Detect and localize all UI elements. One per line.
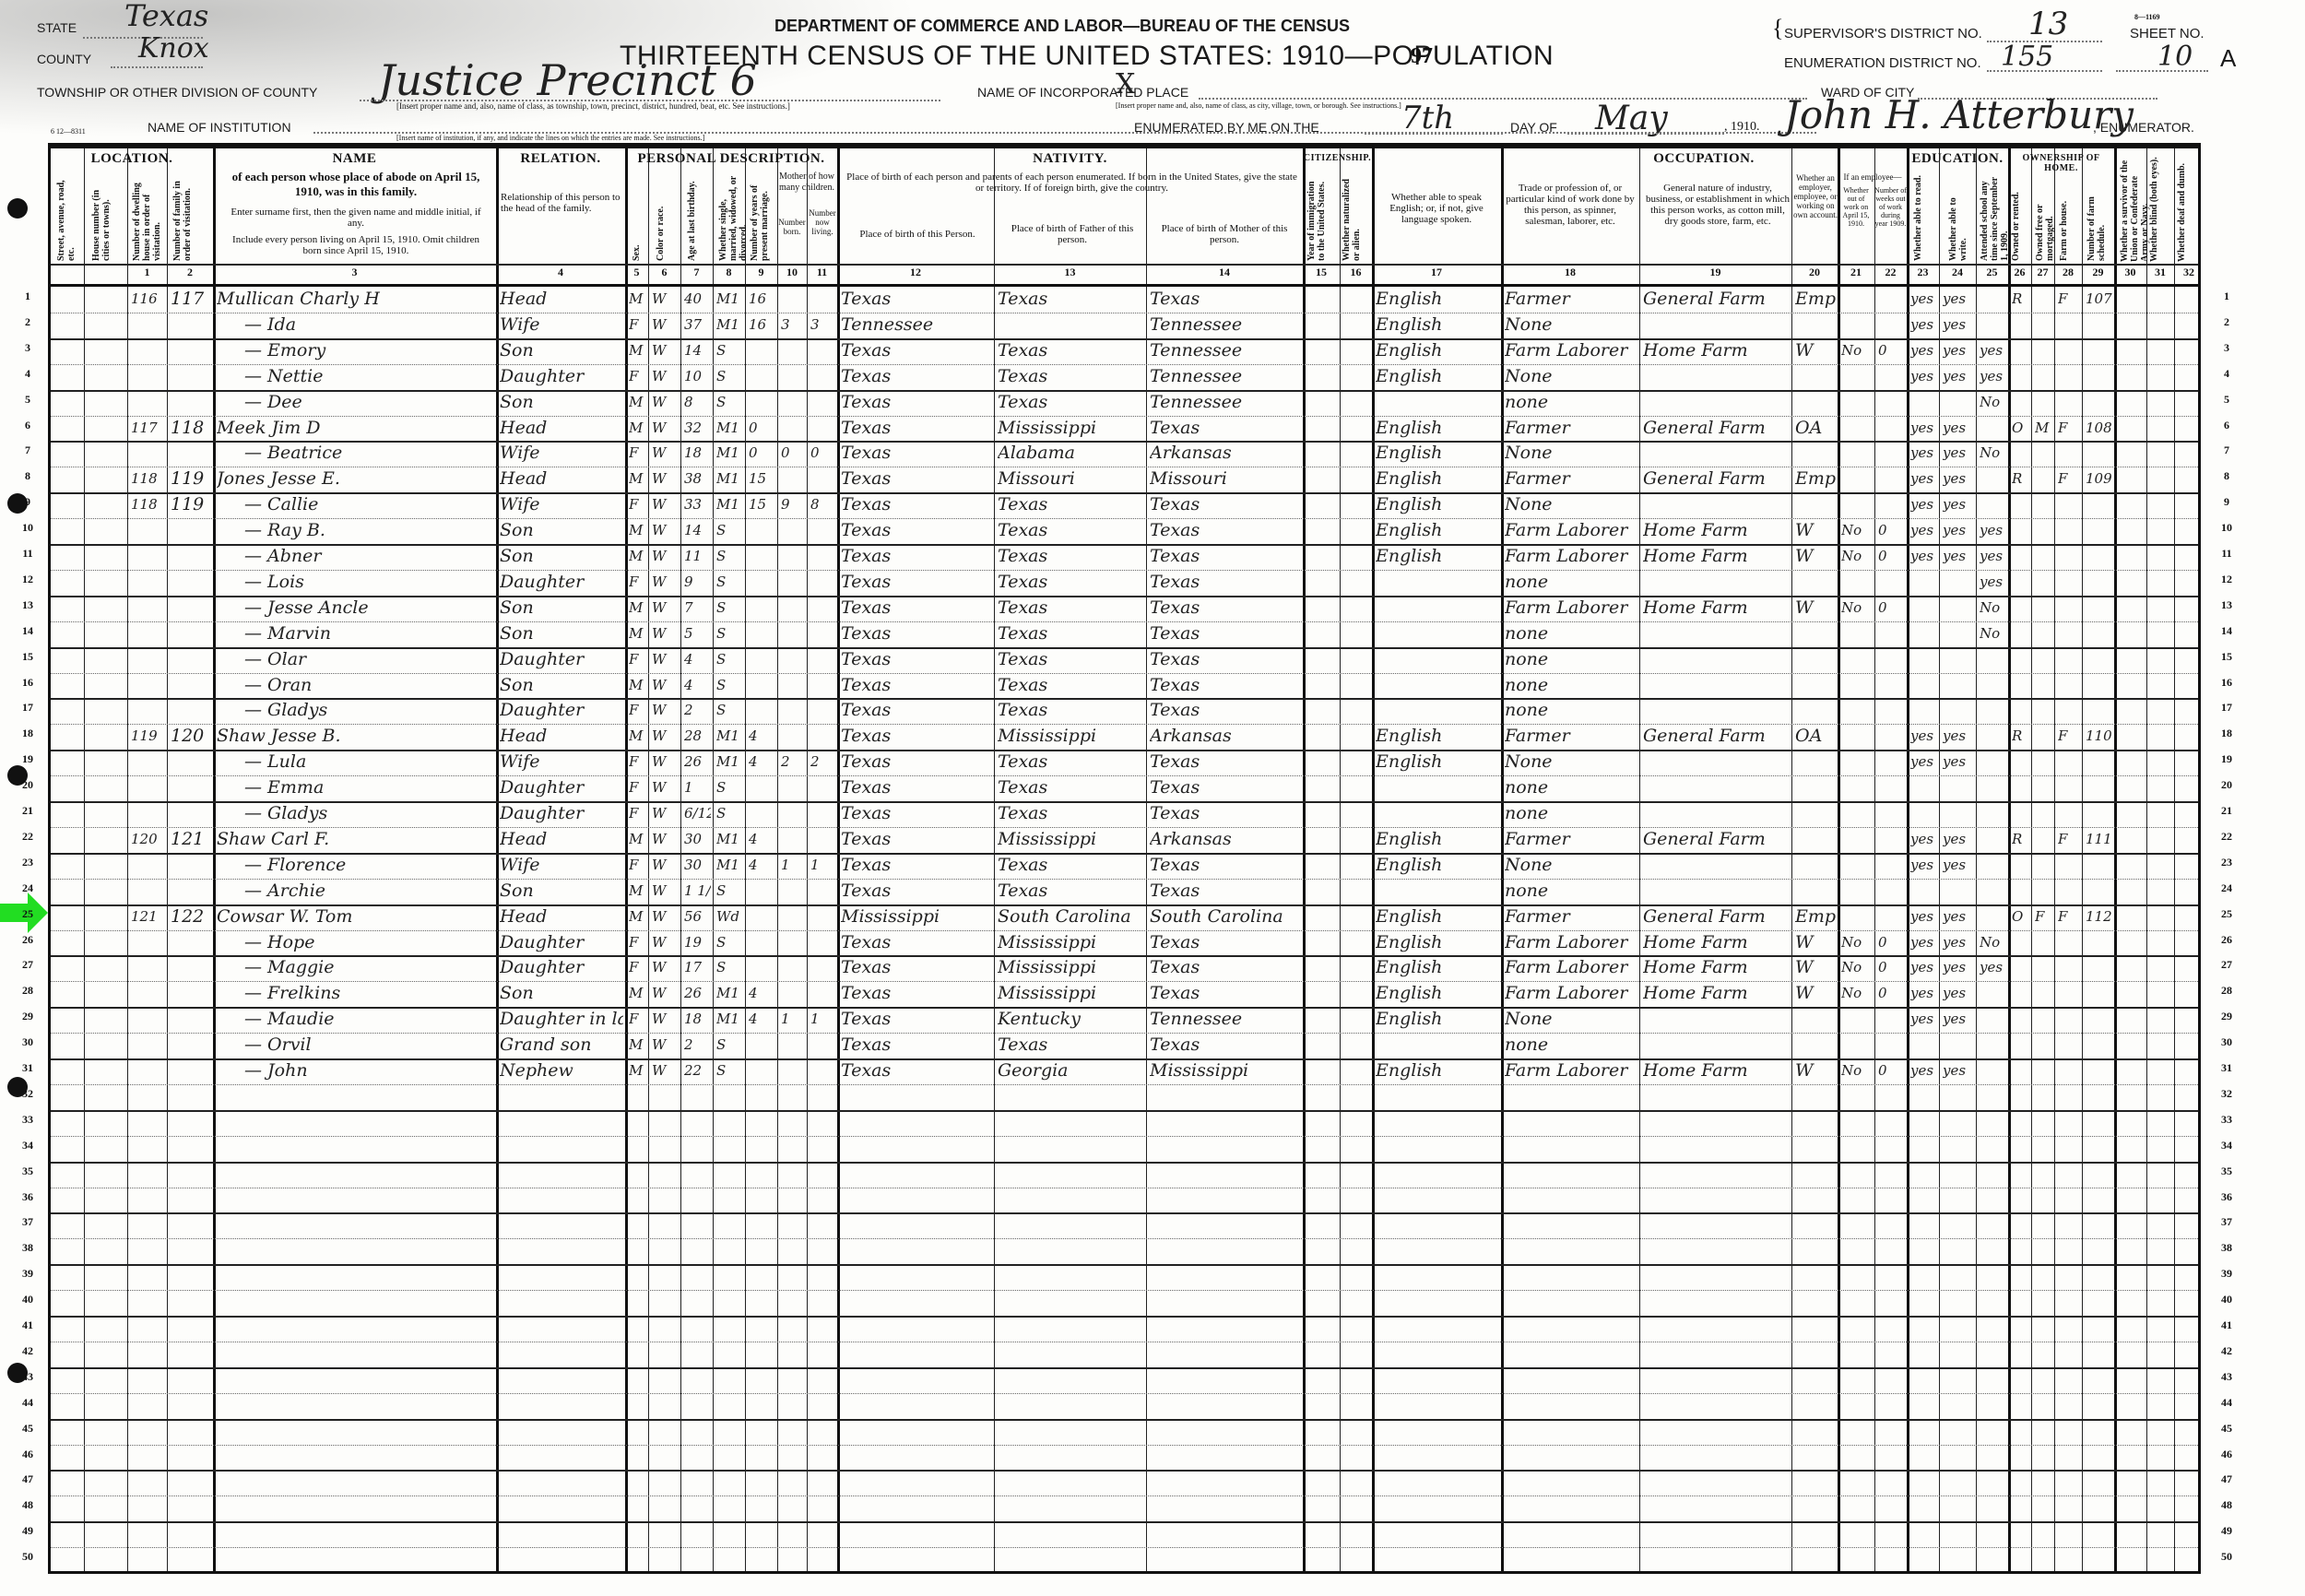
cell-dwelling: 120 [131,827,165,852]
cell-years: 0 [749,441,775,466]
cell-trade: Farmer [1505,904,1637,929]
day-line [1365,133,1503,135]
cell-pob: Texas [841,596,992,621]
cell-industry: Home Farm [1643,338,1790,363]
column-divider [648,146,649,1571]
cell-pob-f: Kentucky [998,1007,1144,1032]
cell-out: No [1841,1058,1873,1083]
cell-name: — Lula [217,750,522,774]
cell-pob: Texas [841,1033,992,1058]
cell-family: 118 [171,416,211,441]
cell-name: — Jesse Ancle [217,596,522,621]
cell-read: yes [1910,904,1937,929]
cell-school: No [1980,930,2006,955]
line-number: 15 [9,650,46,664]
cell-sex: M [629,904,646,929]
cell-relation: Son [500,673,623,698]
cell-race: W [652,673,679,698]
line-number: 5 [2208,393,2245,407]
cell-school: No [1980,390,2006,415]
cell-age: 6/12 [684,801,711,826]
header-veteran: Whether a survivor of the Union or Confe… [2120,151,2150,262]
column-number: 6 [648,266,680,279]
column-divider [994,146,995,1571]
line-number: 48 [2208,1498,2245,1512]
line-number: 29 [2208,1010,2245,1023]
line-number: 23 [2208,856,2245,869]
cell-pob: Texas [841,287,992,312]
cell-write: yes [1943,981,1974,1006]
cell-sex: F [629,853,646,878]
cell-read: yes [1910,364,1937,389]
cell-out: No [1841,930,1873,955]
group-relation: RELATION. [496,151,625,167]
sheet-label: Sheet No. [2130,26,2205,41]
county-label: County [37,52,91,66]
cell-marital: S [716,570,743,595]
line-number: 45 [9,1422,46,1436]
cell-read: yes [1910,544,1937,569]
cell-weeks: 0 [1878,955,1905,980]
cell-age: 19 [684,930,711,955]
cell-pob-f: Texas [998,621,1144,646]
column-divider [2054,146,2055,1571]
cell-trade: none [1505,775,1637,800]
cell-relation: Wife [500,441,623,466]
cell-weeks: 0 [1878,338,1905,363]
line-number: 39 [9,1267,46,1281]
cell-write: yes [1943,467,1974,491]
header-out-of-work: Whether out of work on April 15, 1910. [1839,186,1873,228]
year-label: , 1910. [1724,120,1760,135]
line-number: 11 [9,547,46,561]
header-weeks-out: Number of weeks out of work during year … [1874,186,1907,228]
cell-industry: General Farm [1643,467,1790,491]
cell-industry: General Farm [1643,904,1790,929]
cell-trade: Farmer [1505,287,1637,312]
cell-trade: None [1505,492,1637,517]
column-divider [84,146,85,1571]
column-divider [713,146,714,1571]
cell-pob-f: Texas [998,1033,1144,1058]
cell-marital: M1 [716,492,743,517]
cell-age: 11 [684,544,711,569]
line-number: 26 [9,933,46,947]
cell-relation: Grand son [500,1033,623,1058]
cell-english: English [1376,364,1499,389]
form-code: 6 12—8311 [51,127,86,136]
column-number: 5 [625,266,648,279]
column-number: 31 [2146,266,2174,279]
cell-marital: M1 [716,313,743,337]
cell-age: 33 [684,492,711,517]
cell-relation: Nephew [500,1058,623,1083]
cell-own: R [2012,724,2029,749]
cell-trade: Farmer [1505,724,1637,749]
cell-name: — Emory [217,338,522,363]
line-number: 20 [2208,778,2245,792]
cell-free: M [2035,416,2052,441]
cell-relation: Son [500,544,623,569]
cell-trade: Farmer [1505,467,1637,491]
cell-pob: Texas [841,416,992,441]
cell-read: yes [1910,313,1937,337]
line-number: 32 [9,1087,46,1101]
cell-sex: M [629,596,646,621]
cell-sex: F [629,801,646,826]
line-number: 4 [9,367,46,381]
cell-pob-f: Texas [998,596,1144,621]
column-divider [1303,146,1306,1571]
cell-read: yes [1910,467,1937,491]
cell-race: W [652,596,679,621]
cell-name: — Beatrice [217,441,522,466]
cell-english: English [1376,724,1499,749]
line-number: 40 [2208,1293,2245,1306]
column-number: 1 [127,266,167,279]
cell-relation: Daughter [500,698,623,723]
line-number: 18 [2208,727,2245,740]
cell-pob: Texas [841,390,992,415]
cell-race: W [652,930,679,955]
cell-dwelling: 118 [131,492,165,517]
cell-relation: Daughter [500,775,623,800]
cell-name: Cowsar W. Tom [217,904,494,929]
cell-pob: Texas [841,364,992,389]
cell-sched: 109 [2086,467,2112,491]
cell-school: yes [1980,338,2006,363]
cell-pob-f: Alabama [998,441,1144,466]
cell-name: — Maggie [217,955,522,980]
cell-farm: F [2058,724,2080,749]
cell-pob: Mississippi [841,904,992,929]
cell-industry: Home Farm [1643,981,1790,1006]
cell-emp: W [1795,518,1836,543]
cell-pob: Texas [841,750,992,774]
column-number: 17 [1372,266,1501,279]
cell-age: 8 [684,390,711,415]
cell-born: 1 [781,1007,805,1032]
line-number: 14 [2208,624,2245,638]
line-number: 41 [2208,1318,2245,1332]
cell-trade: None [1505,853,1637,878]
cell-race: W [652,492,679,517]
cell-pob-m: Texas [1150,698,1301,723]
line-number: 3 [9,341,46,355]
column-divider [1791,146,1792,1571]
cell-years: 4 [749,853,775,878]
cell-read: yes [1910,930,1937,955]
cell-age: 28 [684,724,711,749]
page-number: 97 [1411,44,1433,69]
cell-emp: W [1795,544,1836,569]
cell-pob-m: Arkansas [1150,827,1301,852]
line-number: 15 [2208,650,2245,664]
header-house: House number (in cities or towns). [91,173,112,261]
row-divider [51,1521,2198,1523]
cell-marital: Wd [716,904,743,929]
cell-race: W [652,724,679,749]
cell-race: W [652,364,679,389]
cell-sex: F [629,750,646,774]
cell-relation: Head [500,827,623,852]
month-line [1567,133,1724,135]
row-divider [51,1342,2198,1342]
cell-sex: F [629,930,646,955]
cell-relation: Son [500,518,623,543]
line-number: 47 [9,1472,46,1486]
line-number: 28 [9,984,46,998]
cell-english: English [1376,1007,1499,1032]
column-divider [1501,146,1504,1571]
cell-marital: S [716,801,743,826]
cell-sex: F [629,570,646,595]
cell-trade: none [1505,647,1637,672]
cell-sex: M [629,518,646,543]
row-divider [51,1238,2198,1239]
cell-age: 17 [684,955,711,980]
cell-industry: Home Farm [1643,930,1790,955]
cell-age: 22 [684,1058,711,1083]
cell-school: No [1980,441,2006,466]
cell-race: W [652,698,679,723]
column-number: 28 [2054,266,2082,279]
cell-weeks: 0 [1878,518,1905,543]
cell-relation: Wife [500,313,623,337]
cell-pob-f: South Carolina [998,904,1144,929]
cell-industry: General Farm [1643,416,1790,441]
department-title: DEPARTMENT OF COMMERCE AND LABOR—BUREAU … [774,17,1350,36]
header-deaf: Whether deaf and dumb. [2177,151,2187,262]
cell-years: 0 [749,416,775,441]
cell-age: 1 [684,775,711,800]
line-number: 3 [2208,341,2245,355]
cell-trade: none [1505,673,1637,698]
line-number: 49 [2208,1524,2245,1538]
column-number: 23 [1907,266,1939,279]
cell-race: W [652,467,679,491]
cell-weeks: 0 [1878,930,1905,955]
line-number: 7 [2208,443,2245,457]
cell-pob-f: Texas [998,750,1144,774]
cell-sex: M [629,621,646,646]
line-number: 30 [9,1035,46,1049]
cell-pob: Tennessee [841,313,992,337]
line-number: 4 [2208,367,2245,381]
cell-write: yes [1943,544,1974,569]
cell-marital: S [716,338,743,363]
cell-emp: W [1795,955,1836,980]
line-number: 31 [2208,1061,2245,1075]
cell-name: — Marvin [217,621,522,646]
line-number: 31 [9,1061,46,1075]
cell-pob-m: Texas [1150,287,1301,312]
line-number: 14 [9,624,46,638]
enumerated-label: Enumerated by me on the [1134,120,1319,135]
cell-years: 4 [749,827,775,852]
cell-race: W [652,981,679,1006]
cell-race: W [652,955,679,980]
line-number: 17 [9,701,46,715]
header-if-employee: If an employee— [1839,171,1906,183]
cell-free: F [2035,904,2052,929]
cell-trade: None [1505,313,1637,337]
cell-name: — Florence [217,853,522,878]
column-number: 2 [167,266,213,279]
cell-pob-m: Texas [1150,492,1301,517]
cell-sex: F [629,775,646,800]
cell-industry: Home Farm [1643,1058,1790,1083]
cell-name: — Frelkins [217,981,522,1006]
cell-school: yes [1980,364,2006,389]
column-divider [2114,146,2117,1571]
column-divider [777,146,778,1571]
cell-pob-m: Texas [1150,570,1301,595]
cell-relation: Son [500,390,623,415]
cell-years: 15 [749,467,775,491]
header-pob-person: Place of birth of this Person. [844,229,991,240]
cell-emp: Emp [1795,467,1836,491]
cell-pob-m: Texas [1150,981,1301,1006]
cell-pob-f: Texas [998,647,1144,672]
cell-marital: S [716,390,743,415]
cell-trade: Farm Laborer [1505,981,1637,1006]
cell-age: 4 [684,673,711,698]
row-divider [51,1419,2198,1421]
cell-sex: F [629,441,646,466]
column-divider [1372,146,1375,1571]
cell-trade: Farmer [1505,416,1637,441]
cell-age: 56 [684,904,711,929]
cell-own: O [2012,416,2029,441]
enumeration-line [1987,70,2102,72]
cell-pob-f: Mississippi [998,827,1144,852]
line-number: 44 [9,1396,46,1410]
cell-pob-m: Texas [1150,879,1301,904]
cell-name: — Callie [217,492,522,517]
cell-sex: M [629,879,646,904]
cell-years: 15 [749,492,775,517]
line-number: 32 [2208,1087,2245,1101]
cell-race: W [652,441,679,466]
cell-english: English [1376,287,1499,312]
row-divider [51,1445,2198,1446]
cell-write: yes [1943,955,1974,980]
column-number: 19 [1639,266,1791,279]
cell-race: W [652,338,679,363]
cell-race: W [652,570,679,595]
column-divider [745,146,746,1571]
cell-trade: none [1505,390,1637,415]
cell-age: 14 [684,338,711,363]
header-owned: Owned or rented. [2011,173,2021,261]
cell-age: 4 [684,647,711,672]
cell-race: W [652,544,679,569]
column-divider [1340,146,1341,1571]
cell-pob-f: Texas [998,801,1144,826]
cell-race: W [652,750,679,774]
punch-hole [7,198,28,219]
cell-marital: S [716,544,743,569]
cell-pob-m: Texas [1150,955,1301,980]
cell-industry: Home Farm [1643,955,1790,980]
line-number: 1 [2208,290,2245,303]
cell-farm: F [2058,287,2080,312]
cell-born: 1 [781,853,805,878]
column-divider [625,146,628,1571]
day-of-label: day of [1510,120,1557,135]
institution-note: [Insert name of institution, if any, and… [396,134,704,142]
line-number: 19 [2208,752,2245,766]
line-number: 43 [9,1370,46,1384]
cell-write: yes [1943,416,1974,441]
row-divider [51,1162,2198,1164]
header-naturalized: Whether naturalized or alien. [1342,173,1362,261]
cell-read: yes [1910,416,1937,441]
county-line [111,66,203,68]
line-number: 22 [2208,830,2245,844]
cell-years: 4 [749,981,775,1006]
cell-trade: Farm Laborer [1505,930,1637,955]
cell-race: W [652,313,679,337]
cell-sex: M [629,981,646,1006]
column-divider [1976,146,1977,1571]
column-number: 22 [1874,266,1907,279]
cell-relation: Head [500,416,623,441]
cell-farm: F [2058,416,2080,441]
cell-school: yes [1980,544,2006,569]
cell-age: 37 [684,313,711,337]
cell-name: Mullican Charly H [217,287,494,312]
cell-family: 120 [171,724,211,749]
cell-name: — Gladys [217,801,522,826]
column-number: 12 [837,266,994,279]
line-number: 34 [9,1139,46,1153]
column-number: 3 [213,266,496,279]
column-divider [167,146,168,1571]
cell-pob-m: Texas [1150,1033,1301,1058]
row-divider [51,1547,2198,1548]
cell-write: yes [1943,827,1974,852]
cell-own: R [2012,287,2029,312]
column-number: 9 [745,266,777,279]
line-number: 38 [2208,1241,2245,1255]
cell-marital: S [716,775,743,800]
cell-name: — Olar [217,647,522,672]
cell-pob: Texas [841,801,992,826]
cell-years: 16 [749,313,775,337]
cell-weeks: 0 [1878,596,1905,621]
cell-read: yes [1910,1007,1937,1032]
cell-dwelling: 118 [131,467,165,491]
cell-trade: none [1505,621,1637,646]
cell-pob-f: Mississippi [998,724,1144,749]
cell-relation: Son [500,621,623,646]
header-name-instr2: Include every person living on April 15,… [222,234,490,256]
line-number: 39 [2208,1267,2245,1281]
column-divider [2031,146,2032,1571]
cell-relation: Son [500,879,623,904]
cell-marital: S [716,647,743,672]
column-divider [837,146,840,1571]
line-number: 43 [2208,1370,2245,1384]
cell-pob: Texas [841,518,992,543]
cell-relation: Son [500,596,623,621]
cell-dwelling: 119 [131,724,165,749]
cell-name: — Archie [217,879,522,904]
cell-sex: M [629,338,646,363]
line-number: 13 [2208,598,2245,612]
